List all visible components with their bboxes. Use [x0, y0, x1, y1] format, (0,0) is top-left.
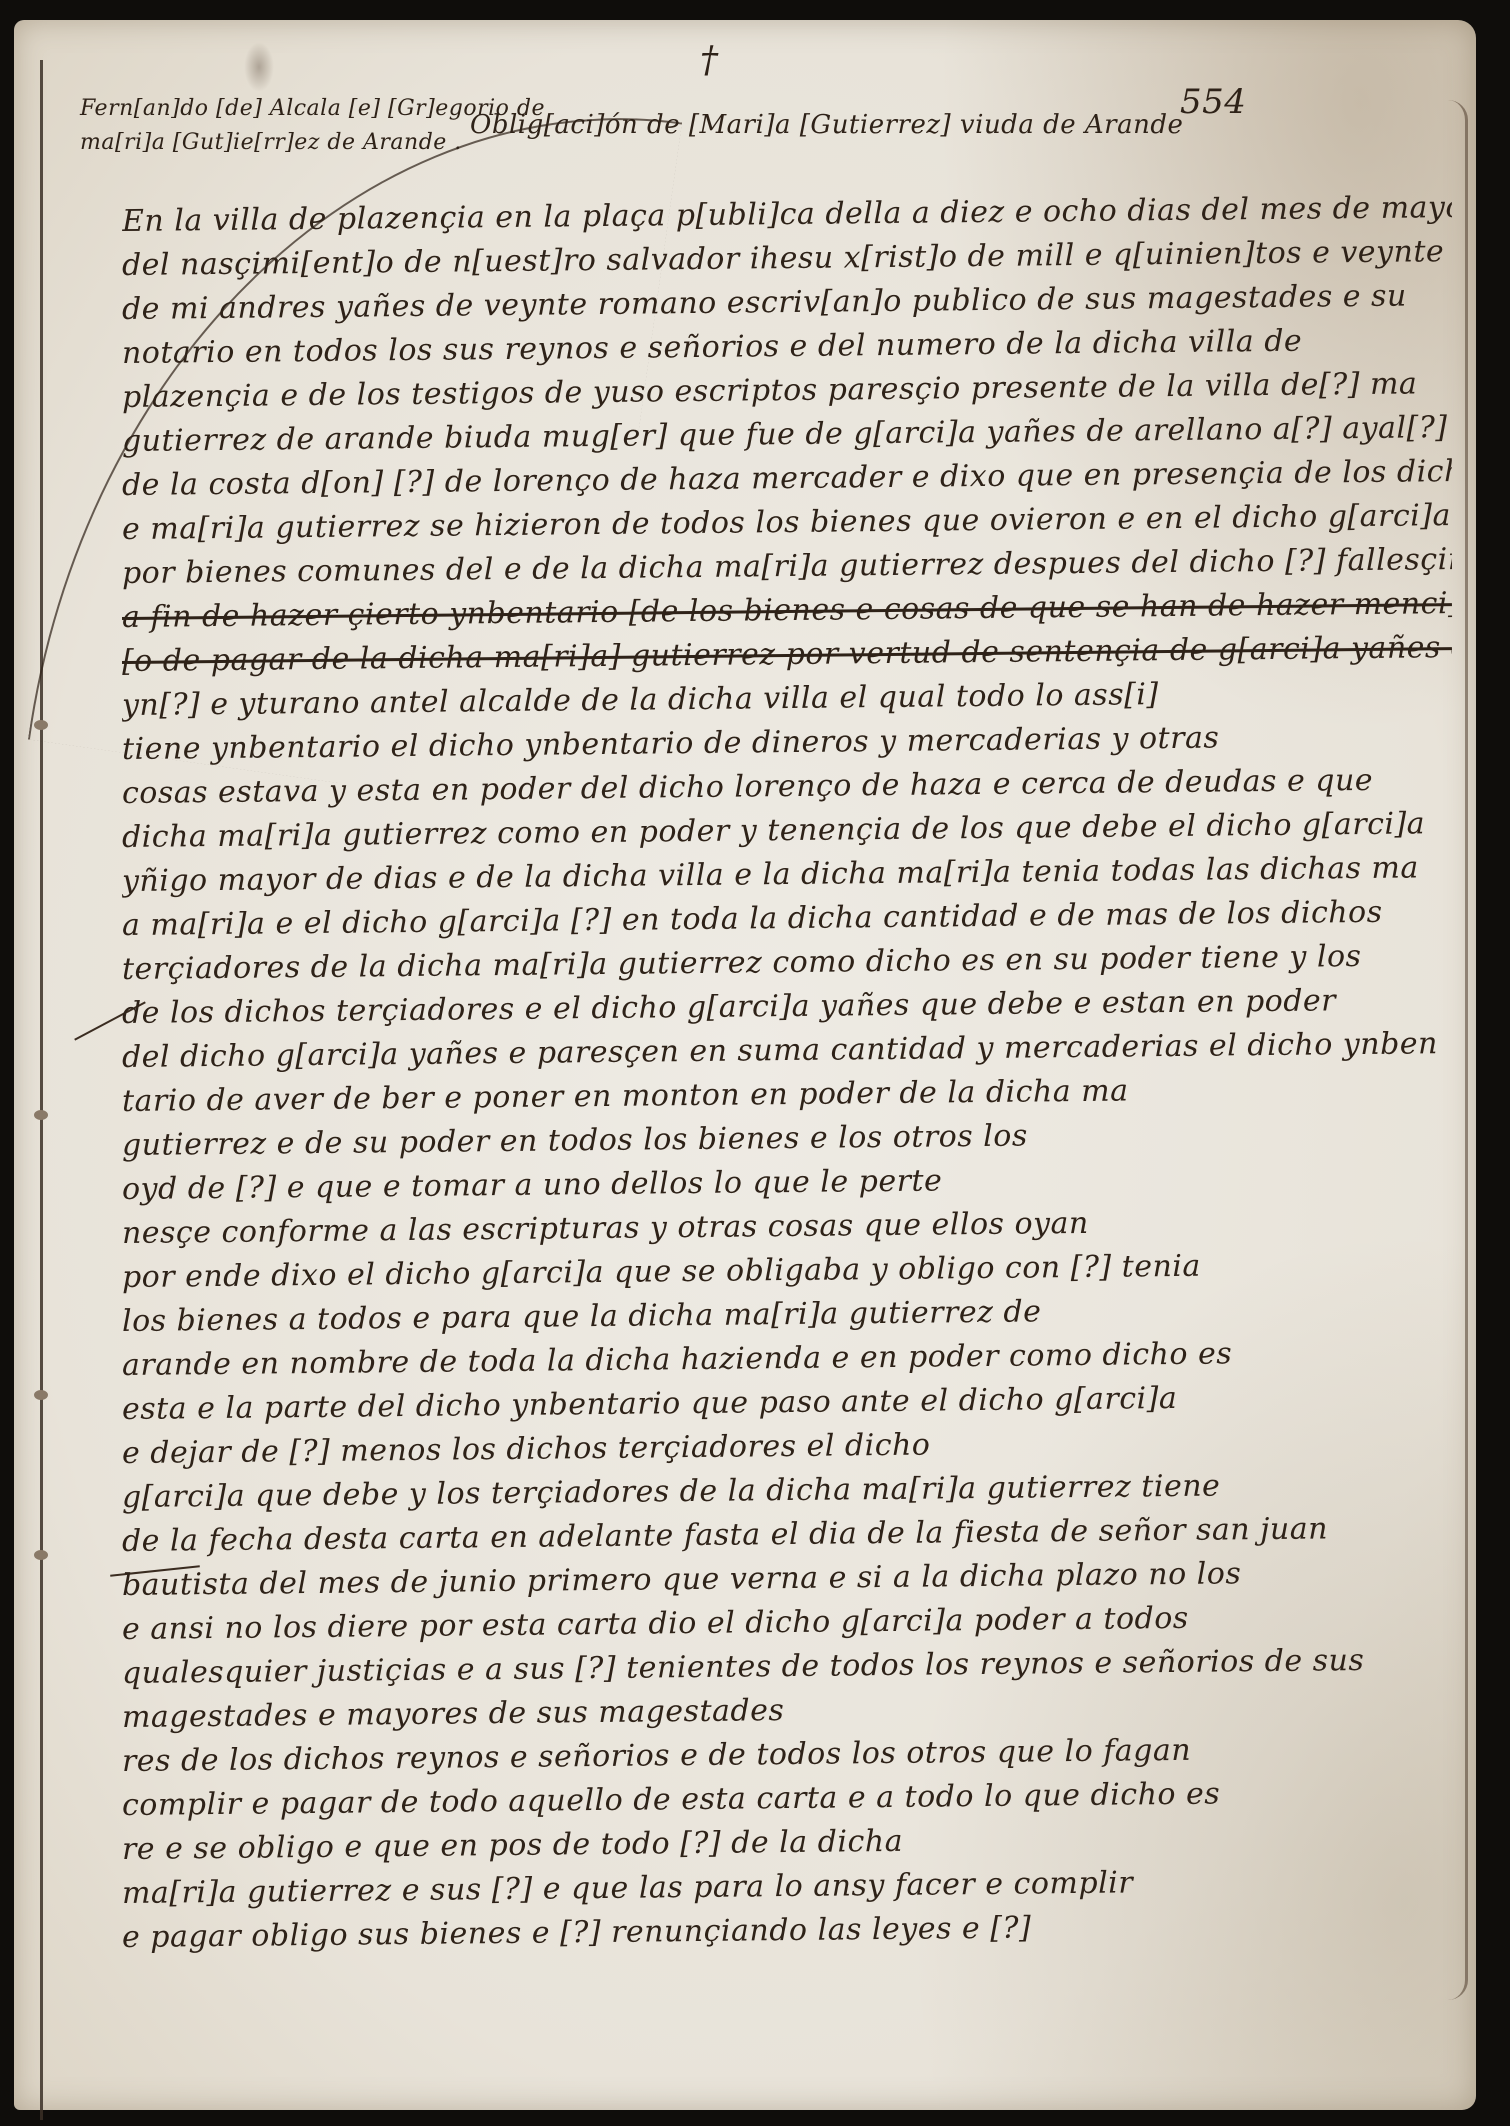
document-heading: Oblig[aci]ón de [Mari]a [Gutierrez] viud… [470, 110, 1183, 140]
binding-stitch [34, 1390, 48, 1400]
binding-stitch [34, 1110, 48, 1120]
binding-edge [40, 60, 43, 2120]
binding-stitch [34, 1550, 48, 1560]
cross-mark-icon: † [700, 40, 719, 81]
ink-stain [244, 42, 274, 92]
folio-number: 554 [1180, 82, 1246, 122]
body-text: En la villa de plazençia en la plaça p[u… [122, 200, 1452, 1960]
